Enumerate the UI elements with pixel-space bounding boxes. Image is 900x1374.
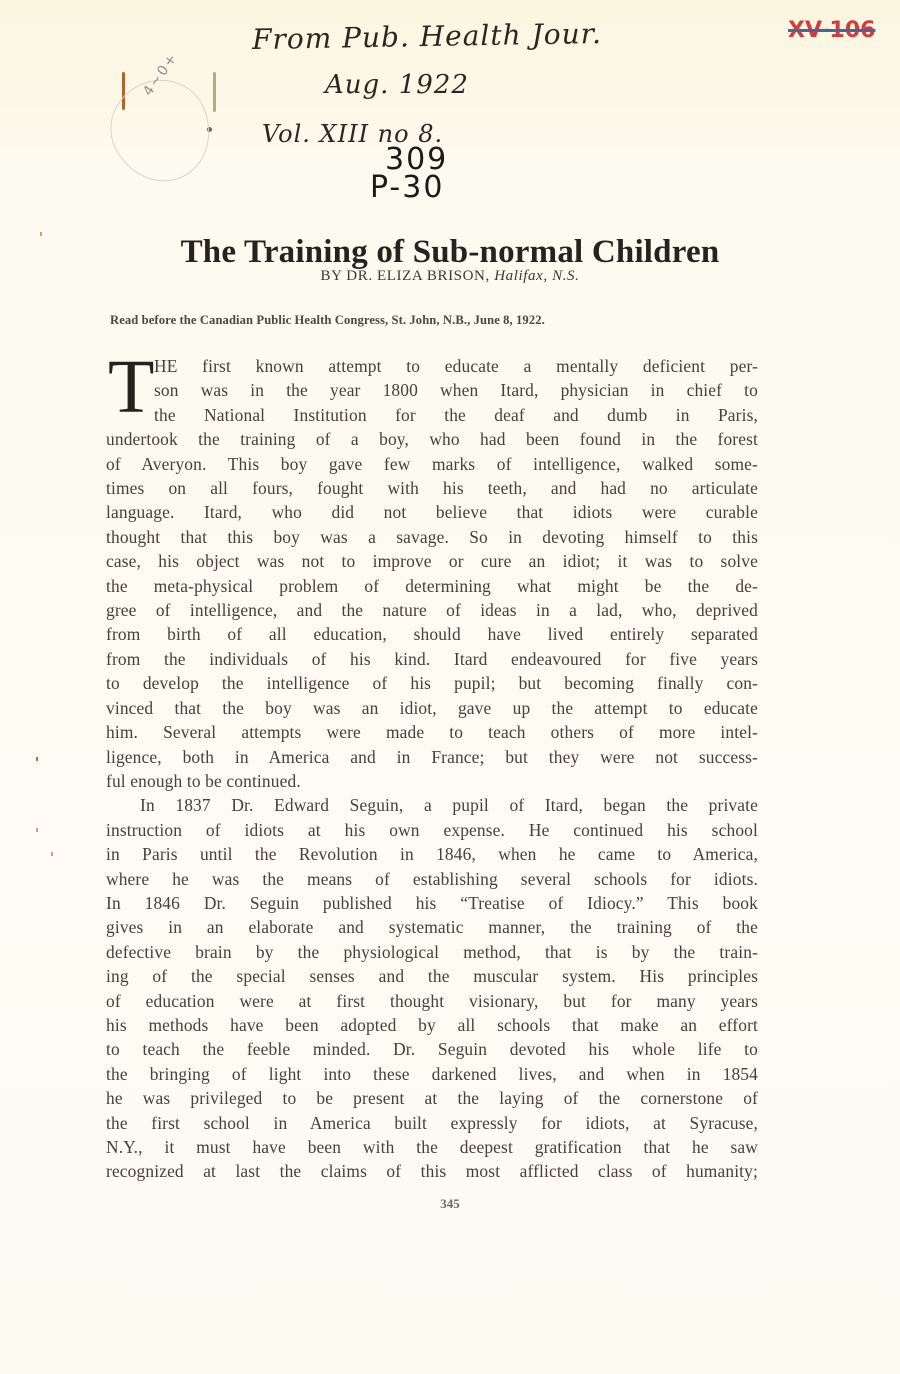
faded-ink-mark	[213, 72, 216, 112]
paper-speck	[51, 852, 53, 856]
handwritten-catalog-code: P-30	[370, 170, 444, 205]
text-line: son was in the year 1800 when Itard, phy…	[106, 378, 758, 402]
text-line: he was privileged to be present at the l…	[106, 1086, 758, 1110]
text-line: of Averyon. This boy gave few marks of i…	[106, 452, 758, 476]
text-line: instruction of idiots at his own expense…	[106, 818, 758, 842]
text-line: case, his object was not to improve or c…	[106, 549, 758, 573]
article-byline: BY DR. ELIZA BRISON, Halifax, N.S.	[0, 268, 900, 285]
paper-speck	[36, 757, 38, 761]
text-line: the National Institution for the deaf an…	[106, 403, 758, 427]
text-line: from the individuals of his kind. Itard …	[106, 647, 758, 671]
text-line: N.Y., it must have been with the deepest…	[106, 1135, 758, 1159]
article-body: T HE first known attempt to educate a me…	[106, 354, 758, 1184]
text-line: in Paris until the Revolution in 1846, w…	[106, 842, 758, 866]
paper-speck	[36, 828, 38, 832]
text-line: the bringing of light into these darkene…	[106, 1062, 758, 1086]
paragraph-2: In 1837 Dr. Edward Seguin, a pupil of It…	[106, 793, 758, 1184]
text-line: ligence, both in America and in France; …	[106, 745, 758, 769]
author-location: Halifax, N.S.	[494, 268, 579, 284]
page-number: 345	[0, 1196, 900, 1212]
paragraph-1: T HE first known attempt to educate a me…	[106, 354, 758, 793]
text-line: his methods have been adopted by all sch…	[106, 1013, 758, 1037]
text-line: In 1837 Dr. Edward Seguin, a pupil of It…	[106, 793, 758, 817]
text-line: ing of the special senses and the muscul…	[106, 964, 758, 988]
author-name: BY DR. ELIZA BRISON,	[320, 268, 489, 284]
document-page: 4~0+ From Pub. Health Jour. Aug. 1922 Vo…	[0, 0, 900, 1374]
text-line: vinced that the boy was an idiot, gave u…	[106, 696, 758, 720]
text-line: undertook the training of a boy, who had…	[106, 427, 758, 451]
text-line: language. Itard, who did not believe tha…	[106, 500, 758, 524]
presentation-note: Read before the Canadian Public Health C…	[110, 313, 545, 328]
handwritten-date-note: Aug. 1922	[325, 70, 469, 100]
text-line: gives in an elaborate and systematic man…	[106, 915, 758, 939]
text-line: him. Several attempts were made to teach…	[106, 720, 758, 744]
article-title: The Training of Sub-normal Children	[0, 234, 900, 271]
text-line: where he was the means of establishing s…	[106, 867, 758, 891]
text-line: thought that this boy was a savage. So i…	[106, 525, 758, 549]
drop-cap: T	[108, 354, 155, 420]
text-line: HE first known attempt to educate a ment…	[106, 354, 758, 378]
text-line: the meta-physical problem of determining…	[106, 574, 758, 598]
handwritten-source-note: From Pub. Health Jour.	[252, 17, 602, 56]
text-line: times on all fours, fought with his teet…	[106, 476, 758, 500]
text-line: In 1846 Dr. Seguin published his “Treati…	[106, 891, 758, 915]
text-line: of education were at first thought visio…	[106, 989, 758, 1013]
red-struck-through-mark: XV-106	[788, 18, 875, 43]
text-line: to teach the feeble minded. Dr. Seguin d…	[106, 1037, 758, 1061]
text-line: gree of intelligence, and the nature of …	[106, 598, 758, 622]
text-line: to develop the intelligence of his pupil…	[106, 671, 758, 695]
text-line: ful enough to be continued.	[106, 769, 758, 793]
text-line: recognized at last the claims of this mo…	[106, 1159, 758, 1183]
text-line: from birth of all education, should have…	[106, 622, 758, 646]
text-line: defective brain by the physiological met…	[106, 940, 758, 964]
text-line: the first school in America built expres…	[106, 1111, 758, 1135]
